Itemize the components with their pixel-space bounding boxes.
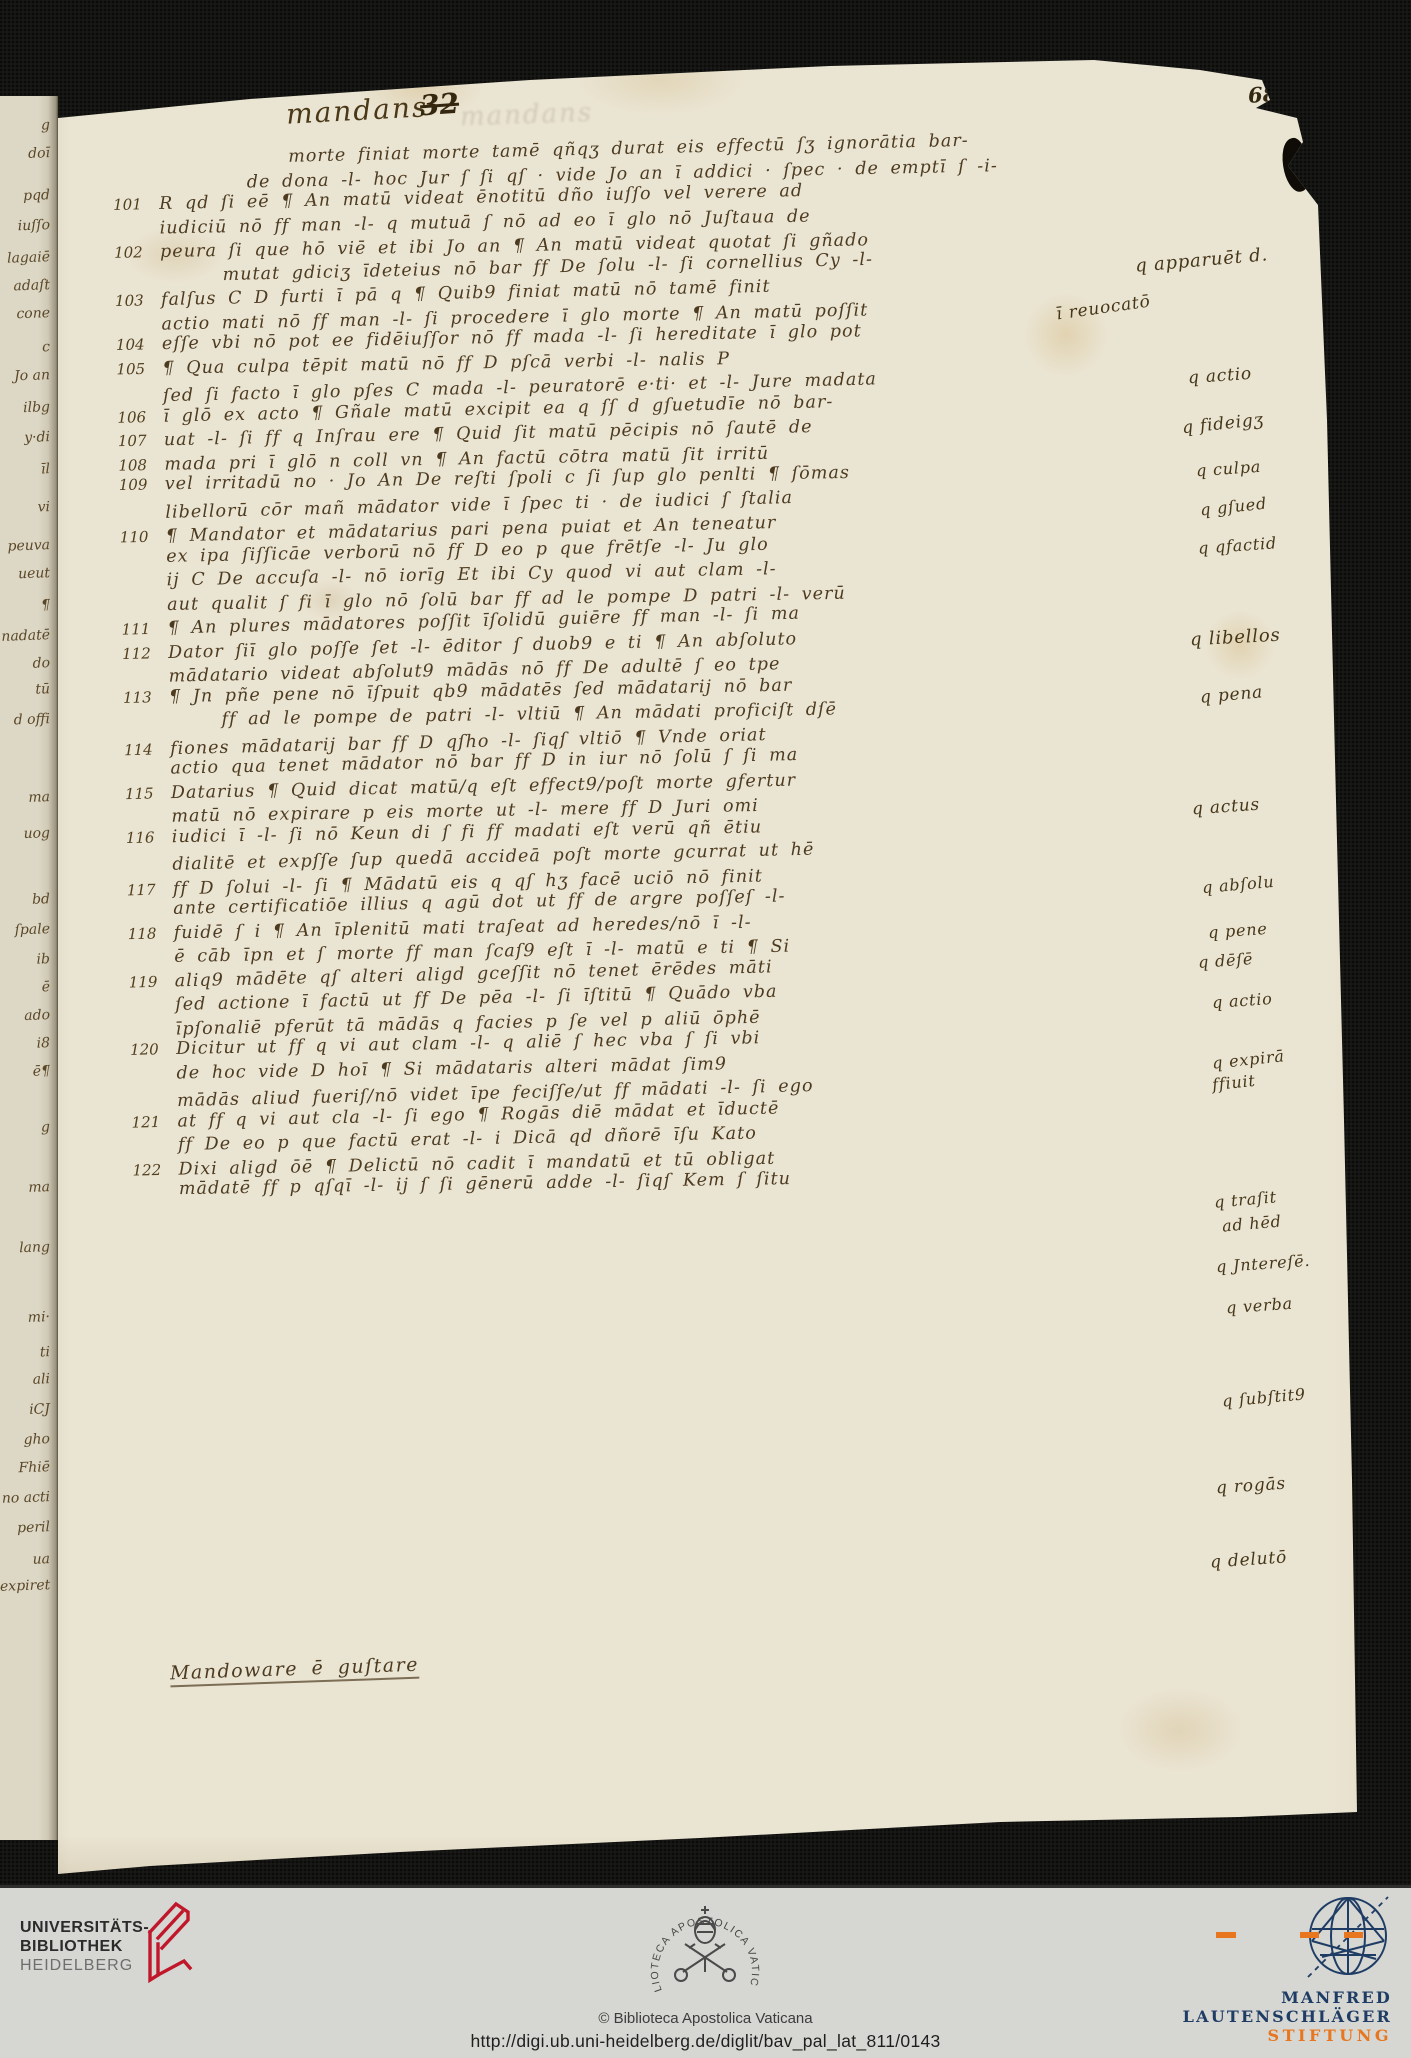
facing-page-fragment: doī (0, 145, 50, 163)
line-number: 109 (119, 473, 165, 497)
line-number (126, 822, 172, 823)
facing-page-fragment: Fhiē (0, 1459, 50, 1477)
margin-note: q culpa (1195, 457, 1261, 480)
vatican-library-seal: BIBLIOTECA APOSTOLICA VATICANA (645, 1896, 765, 2014)
line-number: 121 (131, 1110, 178, 1134)
line-number (132, 1150, 178, 1151)
margin-note: q actio (1211, 989, 1273, 1012)
mls-line1: MANFRED (1183, 1988, 1392, 2007)
line-number: 116 (126, 826, 172, 850)
line-number (124, 726, 170, 727)
digitized-manuscript-viewer: gdoīpqdiuſſolagaiēadaſtconecJo anilbgy·d… (0, 0, 1411, 2058)
line-number: 111 (121, 617, 168, 642)
facing-page-fragment: i8 (0, 1035, 50, 1053)
mls-orange-dash (1216, 1932, 1236, 1938)
running-title-ghost: mandans (460, 98, 594, 133)
facing-page-fragment: ua (0, 1551, 50, 1569)
margin-note: q apparuēt d. (1134, 244, 1269, 277)
ub-heidelberg-book-icon (138, 1898, 202, 1990)
facing-page-fragment: vi (0, 499, 50, 517)
line-number (117, 401, 163, 402)
facing-page-fragment: ali (0, 1371, 50, 1389)
margin-note: q traſit (1213, 1187, 1277, 1211)
facing-page-fragment: tū (0, 681, 50, 699)
facing-page-fragment: nadatē (0, 627, 50, 645)
mls-line3: STIFTUNG (1183, 2026, 1392, 2045)
facing-page-fragment: īl (0, 461, 50, 479)
line-number: 119 (128, 970, 175, 995)
facing-page-fragment: ado (0, 1007, 50, 1025)
mls-line2: LAUTENSCHLÄGER (1183, 2007, 1392, 2026)
line-number: 113 (123, 686, 169, 710)
line-number: 112 (122, 641, 169, 665)
line-number (131, 1078, 177, 1079)
line-number (127, 914, 173, 915)
line-number (113, 189, 159, 190)
facing-page-fragment: y·di (0, 429, 50, 447)
facing-page-fragment: expiret (0, 1577, 50, 1595)
margin-note: q rogās (1215, 1474, 1286, 1499)
facing-page-fragment: g (0, 117, 50, 135)
facing-page-fragment: peuva (0, 537, 50, 555)
margin-note: q Jntereſē. (1215, 1251, 1310, 1277)
facing-page-fragment: ¶ (0, 597, 50, 615)
facing-page-fragment: c (0, 339, 50, 357)
ub-line1: UNIVERSITÄTS- (20, 1918, 149, 1937)
facing-page-edge: gdoīpqdiuſſolagaiēadaſtconecJo anilbgy·d… (0, 96, 58, 1840)
facing-page-fragment: no acti (0, 1489, 50, 1507)
line-number (120, 561, 166, 562)
line-number: 102 (114, 241, 160, 265)
ink-blot (1277, 136, 1315, 195)
ub-heidelberg-wordmark: UNIVERSITÄTS- BIBLIOTHEK HEIDELBERG (20, 1918, 149, 1975)
facing-page-fragment: mi· (0, 1309, 50, 1327)
margin-note: q dēſē (1197, 949, 1253, 972)
header-struck-number: 32 (419, 87, 460, 123)
folio-number: 68 (1247, 81, 1278, 107)
margin-note: q pena (1199, 682, 1264, 707)
facing-page-fragment: d offi (0, 711, 50, 729)
facing-page-fragment: pqd (0, 187, 50, 205)
running-title: mandans (285, 90, 429, 130)
facing-page-fragment: cone (0, 305, 50, 323)
facing-page-fragment: Jo an (0, 367, 50, 385)
ub-line3: HEIDELBERG (20, 1956, 149, 1975)
mls-globe-icon (1300, 1889, 1396, 1985)
margin-note: q delutō (1209, 1547, 1287, 1572)
facing-page-fragment: g (0, 1119, 50, 1137)
ub-line2: BIBLIOTHEK (20, 1937, 149, 1956)
line-number: 104 (116, 333, 162, 357)
text-block: morte finiat morte tamē qñqʒ durat eis e… (112, 128, 1148, 1206)
margin-note: ffiuit (1211, 1071, 1256, 1094)
facing-page-fragment: do (0, 655, 50, 673)
line-number (121, 585, 167, 586)
facing-page-fragment: lagaiē (0, 249, 50, 267)
line-number (121, 609, 167, 610)
facing-page-fragment: uog (0, 825, 50, 843)
margin-note: q actus (1191, 795, 1260, 820)
line-number: 120 (130, 1038, 176, 1062)
line-number (114, 233, 160, 234)
ink-blot (1299, 112, 1311, 126)
mls-wordmark: MANFRED LAUTENSCHLÄGER STIFTUNG (1183, 1988, 1392, 2045)
line-number (131, 1106, 177, 1107)
line-number (125, 774, 171, 775)
line-number: 118 (128, 922, 174, 946)
facing-page-fragment: ſpale (0, 921, 50, 939)
margin-note: ad hēd (1221, 1211, 1282, 1235)
facing-page-fragment: gho (0, 1431, 50, 1449)
margin-note: q gſued (1199, 494, 1268, 520)
line-number (119, 517, 165, 518)
margin-note: q actio (1187, 364, 1252, 388)
line-number (128, 962, 174, 963)
line-number (115, 281, 161, 282)
facing-page-fragment: lang (0, 1239, 50, 1257)
line-number (112, 165, 158, 166)
facing-page-fragment: peril (0, 1519, 50, 1537)
margin-note: q abſolu (1201, 872, 1275, 897)
facing-page-fragment: iuſſo (0, 217, 50, 235)
line-number: 107 (118, 429, 164, 453)
facing-page-fragment: iCJ (0, 1401, 50, 1419)
facing-page-fragment: ilbg (0, 399, 50, 417)
header-small-number: 31 (333, 72, 351, 88)
line-number: 115 (125, 782, 171, 806)
facing-page-fragment: ē (0, 979, 50, 997)
line-number (130, 1034, 176, 1035)
line-number (116, 329, 162, 330)
facing-page-fragment: ma (0, 789, 50, 807)
facing-page-fragment: ueut (0, 565, 50, 583)
facing-page-fragment: ti (0, 1344, 50, 1362)
margin-note: q pene (1207, 919, 1268, 942)
line-number: 101 (113, 193, 159, 217)
facing-page-fragment: ib (0, 951, 50, 969)
line-number (123, 682, 169, 683)
bottom-note: Mandoware ē guſtare (170, 1654, 420, 1688)
line-number (129, 1010, 175, 1011)
line-number (133, 1194, 179, 1195)
margin-note: q ſubſtit9 (1221, 1384, 1306, 1410)
facing-page-fragment: ma (0, 1179, 50, 1197)
manuscript-page: 31 mandans mandans 32 68 morte finiat mo… (0, 0, 1411, 1885)
margin-note: q expirā (1211, 1046, 1285, 1073)
margin-note: q fideigʒ (1181, 410, 1265, 438)
margin-note: q libellos (1190, 625, 1282, 651)
line-number (127, 870, 173, 871)
manuscript-photo: gdoīpqdiuſſolagaiēadaſtconecJo anilbgy·d… (0, 0, 1411, 1885)
facing-page-fragment: ē¶ (0, 1063, 50, 1081)
line-number: 103 (115, 289, 162, 313)
viewer-footer: UNIVERSITÄTS- BIBLIOTHEK HEIDELBERG BIBL… (0, 1885, 1411, 2058)
margin-note: q qfactid (1197, 533, 1277, 557)
line-number: 106 (117, 405, 164, 429)
margin-note: q verba (1225, 1294, 1293, 1318)
line-number: 105 (116, 357, 162, 381)
facing-page-fragment: bd (0, 891, 50, 909)
facing-page-fragment: adaſt (0, 277, 50, 295)
